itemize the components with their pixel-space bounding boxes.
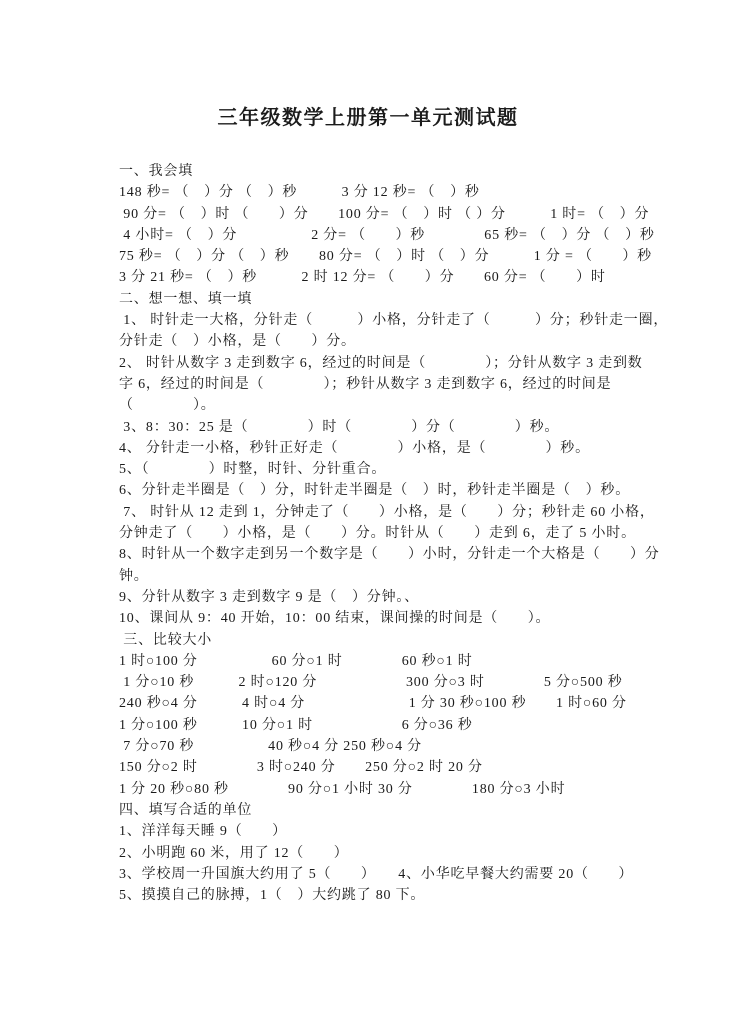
text-line: 240 秒○4 分 4 时○4 分 1 分 30 秒○100 秒 1 时○60 … [119, 693, 639, 714]
text-line: 字 6，经过的时间是（ ）；秒针从数字 3 走到数字 6，经过的时间是 [119, 374, 639, 395]
text-line: （ ）。 [119, 395, 639, 416]
text-line: 1 时○100 分 60 分○1 时 60 秒○1 时 [119, 651, 639, 672]
document-body: 一、我会填 148 秒= （ ）分 （ ）秒 3 分 12 秒= （ ）秒 90… [119, 161, 639, 906]
text-line: 分针走（ ）小格，是（ ）分。 [119, 331, 639, 352]
text-line: 9、分针从数字 3 走到数字 9 是（ ）分钟。、 [119, 587, 639, 608]
text-line: 4、 分针走一小格，秒针正好走（ ）小格，是（ ）秒。 [119, 438, 639, 459]
text-line: 3、学校周一升国旗大约用了 5（ ） 4、小华吃早餐大约需要 20（ ） [119, 864, 639, 885]
text-line: 5、（ ）时整，时针、分针重合。 [119, 459, 639, 480]
text-line: 90 分= （ ）时 （ ）分 100 分= （ ）时 （ ）分 1 时= （ … [119, 204, 639, 225]
text-line: 3 分 21 秒= （ ）秒 2 时 12 分= （ ）分 60 分= （ ）时 [119, 267, 639, 288]
text-line: 150 分○2 时 3 时○240 分 250 分○2 时 20 分 [119, 757, 639, 778]
section-heading-4: 四、填写合适的单位 [119, 800, 639, 821]
text-line: 4 小时= （ ）分 2 分= （ ）秒 65 秒= （ ）分 （ ）秒 [119, 225, 639, 246]
text-line: 5、摸摸自己的脉搏，1（ ）大约跳了 80 下。 [119, 885, 639, 906]
section-heading-1: 一、我会填 [119, 161, 639, 182]
text-line: 1、 时针走一大格，分针走（ ）小格，分针走了（ ）分；秒针走一圈， [119, 310, 639, 331]
text-line: 7 分○70 秒 40 秒○4 分 250 秒○4 分 [119, 736, 639, 757]
text-line: 3、8：30：25 是（ ）时（ ）分（ ）秒。 [119, 417, 639, 438]
text-line: 6、分针走半圈是（ ）分，时针走半圈是（ ）时，秒针走半圈是（ ）秒。 [119, 480, 639, 501]
text-line: 10、课间从 9：40 开始，10：00 结束，课间操的时间是（ ）。 [119, 608, 639, 629]
text-line: 2、小明跑 60 米，用了 12（ ） [119, 843, 639, 864]
text-line: 1、洋洋每天睡 9（ ） [119, 821, 639, 842]
text-line: 8、时针从一个数字走到另一个数字是（ ）小时，分针走一个大格是（ ）分 [119, 544, 639, 565]
section-heading-3: 三、比较大小 [119, 630, 639, 651]
text-line: 1 分○10 秒 2 时○120 分 300 分○3 时 5 分○500 秒 [119, 672, 639, 693]
text-line: 75 秒= （ ）分 （ ）秒 80 分= （ ）时 （ ）分 1 分 = （ … [119, 246, 639, 267]
text-line: 2、 时针从数字 3 走到数字 6，经过的时间是（ ）；分针从数字 3 走到数 [119, 353, 639, 374]
section-heading-2: 二、想一想、填一填 [119, 289, 639, 310]
text-line: 148 秒= （ ）分 （ ）秒 3 分 12 秒= （ ）秒 [119, 182, 639, 203]
text-line: 钟。 [119, 566, 639, 587]
text-line: 分钟走了（ ）小格，是（ ）分。时针从（ ）走到 6，走了 5 小时。 [119, 523, 639, 544]
text-line: 7、 时针从 12 走到 1，分钟走了（ ）小格，是（ ）分；秒针走 60 小格… [119, 502, 639, 523]
text-line: 1 分 20 秒○80 秒 90 分○1 小时 30 分 180 分○3 小时 [119, 779, 639, 800]
text-line: 1 分○100 秒 10 分○1 时 6 分○36 秒 [119, 715, 639, 736]
document-page: 三年级数学上册第一单元测试题 一、我会填 148 秒= （ ）分 （ ）秒 3 … [0, 0, 736, 1019]
document-title: 三年级数学上册第一单元测试题 [0, 101, 736, 130]
